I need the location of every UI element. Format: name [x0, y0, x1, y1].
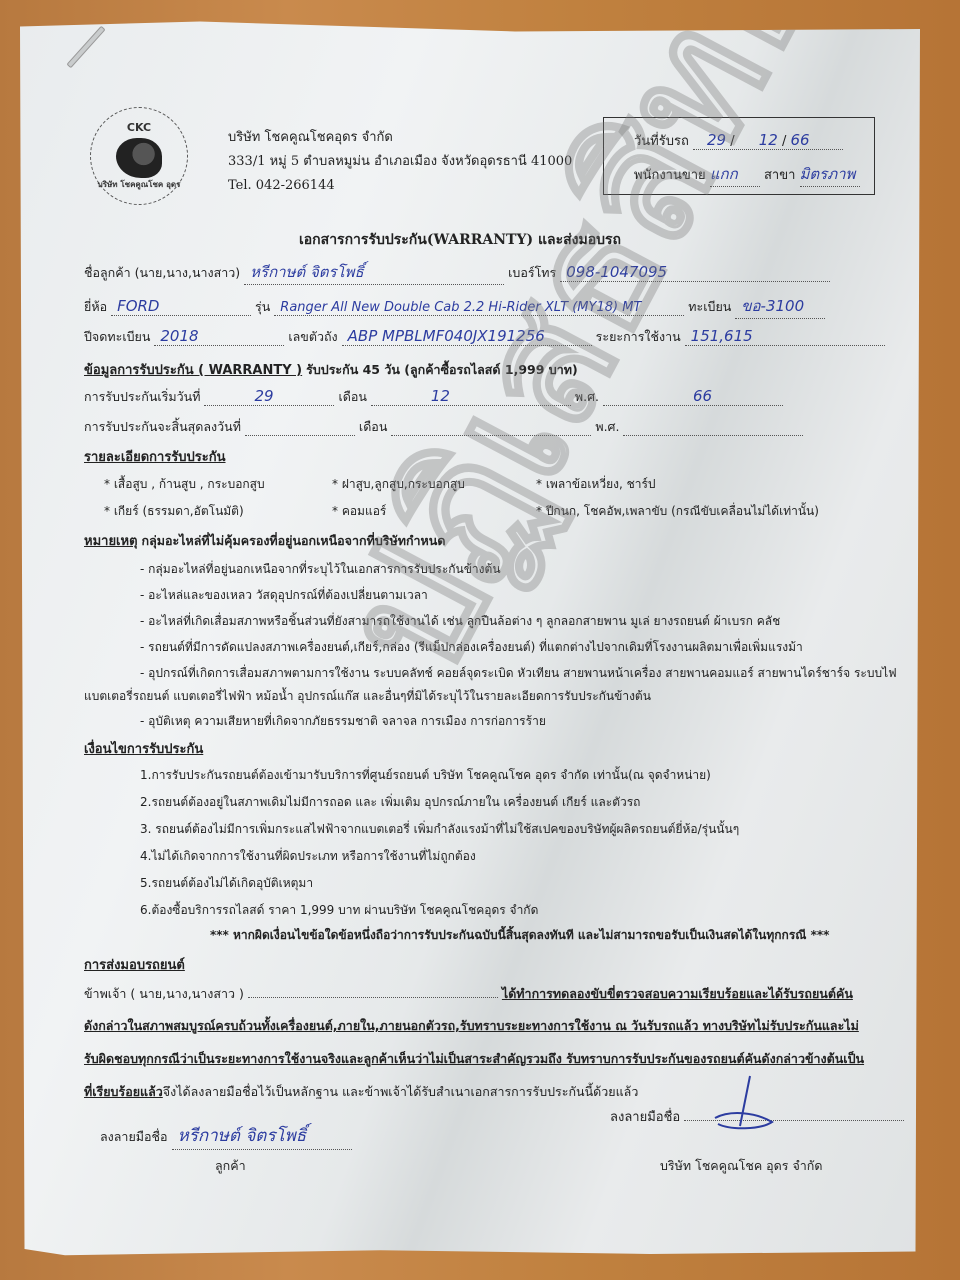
exclusion-item: - กลุ่มอะไหล่ที่อยู่นอกเหนือจากที่ระบุไว…: [140, 560, 501, 579]
company-address: 333/1 หมู่ 5 ตำบลหมูม่น อำเภอเมือง จังหว…: [228, 150, 572, 174]
coverage-item: * ปีกนก, โชคอัพ,เพลาขับ (กรณีขับเคลื่อนไ…: [536, 502, 819, 521]
receipt-box: วันที่รับรถ 29 / 12 / 66 พนักงานขาย แกก …: [603, 117, 875, 195]
coverage-item: * เกียร์ (ธรรมดา,อัตโนมัติ): [104, 502, 244, 521]
customer-caption: ลูกค้า: [215, 1156, 246, 1176]
warranty-document: CKC บริษัท โชคคูณโชค อุดร บริษัท โชคคูณโ…: [20, 14, 920, 1264]
company-signature-scribble: [710, 1074, 780, 1134]
reg-year-value: 2018: [160, 327, 198, 345]
branch-value: มิตรภาพ: [800, 165, 856, 183]
receive-date-day: 29: [707, 131, 726, 149]
brand-label: ยี่ห้อ: [84, 299, 107, 314]
condition-item: 5.รถยนต์ต้องไม่ได้เกิดอุบัติเหตุมา: [140, 874, 313, 893]
coverage-item: * ฝาสูบ,ลูกสูบ,กระบอกสูบ: [332, 475, 465, 494]
exclusion-item: - อุปกรณ์ที่เกิดการเสื่อมสภาพตามการใช้งา…: [140, 664, 897, 683]
delivery-line-2: ดังกล่าวในสภาพสมบูรณ์ครบถ้วนทั้งเครื่องย…: [84, 1016, 859, 1036]
delivery-line1-text: ได้ทำการทดลองขับขี่ตรวจสอบความเรียบร้อยแ…: [502, 986, 853, 1001]
exclusion-item: - อะไหล่และของเหลว วัสดุอุปกรณ์ที่ต้องเป…: [140, 586, 428, 605]
customer-sign-label: ลงลายมือชื่อ: [100, 1129, 168, 1144]
warranty-end-month-label: เดือน: [359, 419, 387, 434]
chassis-label: เลขตัวถัง: [288, 329, 337, 344]
phone-value: 098-1047095: [566, 263, 667, 281]
plate-label: ทะเบียน: [688, 299, 731, 314]
coverage-heading: รายละเอียดการรับประกัน: [84, 446, 226, 467]
warranty-start-year: 66: [693, 387, 712, 405]
customer-signature: หรีกาษต์ จิตรโพธิ์: [178, 1126, 307, 1146]
delivery-line1-label: ข้าพเจ้า ( นาย,นาง,นางสาว ): [84, 986, 244, 1001]
logo-ring-text: บริษัท โชคคูณโชค อุดร: [98, 178, 181, 191]
warranty-start-year-label: พ.ศ.: [575, 389, 599, 404]
mileage-value: 151,615: [691, 327, 753, 345]
exclusion-item: แบตเตอรี่รถยนต์ แบตเตอรี่ไฟฟ้า หม้อน้ำ อ…: [84, 687, 651, 706]
condition-item: 3. รถยนต์ต้องไม่มีการเพิ่มกระแสไฟฟ้าจากแ…: [140, 820, 739, 839]
logo-text: CKC: [127, 121, 151, 134]
bird-logo-icon: [116, 138, 162, 178]
warranty-start-row: การรับประกันเริ่มวันที่ 29 เดือน 12 พ.ศ.…: [84, 387, 783, 407]
company-caption: บริษัท โชคคูณโชค อุดร จำกัด: [660, 1156, 823, 1176]
condition-item: 4.ไม่ได้เกิดจากการใช้งานที่ผิดประเภท หรื…: [140, 847, 476, 866]
exclusions-heading-text: กลุ่มอะไหล่ที่ไม่คุ้มครองที่อยู่นอกเหนือ…: [142, 533, 446, 548]
document-title: เอกสารการรับประกัน(WARRANTY) และส่งมอบรถ: [20, 229, 900, 251]
branch-label: สาขา: [764, 168, 795, 183]
warranty-end-label: การรับประกันจะสิ้นสุดลงวันที่: [84, 419, 241, 434]
condition-item: 1.การรับประกันรถยนต์ต้องเข้ามารับบริการท…: [140, 766, 711, 785]
vehicle-row: ยี่ห้อ FORD รุ่น Ranger All New Double C…: [84, 294, 825, 319]
phone-label: เบอร์โทร: [508, 265, 556, 280]
exclusions-heading-row: หมายเหตุ กลุ่มอะไหล่ที่ไม่คุ้มครองที่อยู…: [84, 530, 445, 551]
warranty-start-month-label: เดือน: [338, 389, 366, 404]
reg-year-label: ปีจดทะเบียน: [84, 329, 150, 344]
customer-name-row: ชื่อลูกค้า (นาย,นาง,นางสาว) หรีกาษต์ จิต…: [84, 260, 830, 285]
customer-signature-row: ลงลายมือชื่อ หรีกาษต์ จิตรโพธิ์: [100, 1122, 352, 1150]
coverage-item: * เสื้อสูบ , ก้านสูบ , กระบอกสูบ: [104, 475, 265, 494]
warranty-start-day: 29: [254, 387, 273, 405]
model-value: Ranger All New Double Cab 2.2 Hi-Rider X…: [280, 300, 641, 315]
conditions-footnote: *** หากผิดเงื่อนไขข้อใดข้อหนึ่งถือว่าการ…: [210, 926, 829, 945]
warranty-note: รับประกัน 45 วัน (ลูกค้าซื้อรถไลสด์ 1,99…: [306, 362, 578, 377]
coverage-item: * เพลาข้อเหวี่ยง, ชาร์ป: [536, 475, 656, 494]
company-sign-label: ลงลายมือชื่อ: [610, 1110, 680, 1125]
sales-label: พนักงานขาย: [634, 168, 706, 183]
exclusion-item: - อุบัติเหตุ ความเสียหายที่เกิดจากภัยธรร…: [140, 712, 546, 731]
delivery-line-1: ข้าพเจ้า ( นาย,นาง,นางสาว ) ได้ทำการทดลอ…: [84, 984, 853, 1004]
chassis-value: ABP MPBLMF040JX191256: [348, 327, 545, 345]
model-label: รุ่น: [255, 299, 270, 314]
warranty-start-label: การรับประกันเริ่มวันที่: [84, 389, 200, 404]
company-info: บริษัท โชคคูณโชคอุดร จำกัด 333/1 หมู่ 5 …: [228, 126, 572, 198]
warranty-info-row: ข้อมูลการรับประกัน ( WARRANTY ) รับประกั…: [84, 359, 578, 380]
mileage-label: ระยะการใช้งาน: [596, 329, 681, 344]
condition-item: 6.ต้องซื้อบริการรถไลสด์ ราคา 1,999 บาท ผ…: [140, 901, 538, 920]
delivery-line-3: รับผิดชอบทุกกรณีว่าเป็นระยะทางการใช้งานจ…: [84, 1049, 864, 1069]
registration-row: ปีจดทะเบียน 2018 เลขตัวถัง ABP MPBLMF040…: [84, 327, 885, 347]
customer-name-label: ชื่อลูกค้า (นาย,นาง,นางสาว): [84, 265, 240, 280]
receive-date-month: 12: [759, 131, 778, 149]
plate-value: ขอ-3100: [741, 297, 804, 315]
company-phone: Tel. 042-266144: [228, 174, 572, 198]
delivery-line-4: ที่เรียบร้อยแล้วจึงได้ลงลายมือชื่อไว้เป็…: [84, 1082, 638, 1102]
condition-item: 2.รถยนต์ต้องอยู่ในสภาพเดิมไม่มีการถอด แล…: [140, 793, 640, 812]
sales-value: แกก: [710, 165, 738, 183]
customer-name-value: หรีกาษต์ จิตรโพธิ์: [250, 263, 364, 281]
exclusion-item: - รถยนต์ที่มีการดัดแปลงสภาพเครื่องยนต์,เ…: [140, 638, 803, 657]
warranty-heading: ข้อมูลการรับประกัน ( WARRANTY ): [84, 363, 302, 378]
warranty-start-month: 12: [431, 387, 450, 405]
exclusions-heading: หมายเหตุ: [84, 534, 138, 549]
delivery-line4-underlined: ที่เรียบร้อยแล้ว: [84, 1084, 163, 1099]
conditions-heading: เงื่อนไขการรับประกัน: [84, 738, 203, 759]
warranty-end-year-label: พ.ศ.: [595, 419, 619, 434]
coverage-item: * คอมแอร์: [332, 502, 386, 521]
delivery-line4-rest: จึงได้ลงลายมือชื่อไว้เป็นหลักฐาน และข้าพ…: [163, 1084, 639, 1099]
receive-date-year: 66: [790, 131, 809, 149]
staple: [66, 26, 105, 69]
company-name: บริษัท โชคคูณโชคอุดร จำกัด: [228, 126, 572, 150]
receive-date-label: วันที่รับรถ: [634, 134, 689, 149]
brand-value: FORD: [117, 297, 159, 315]
warranty-end-row: การรับประกันจะสิ้นสุดลงวันที่ เดือน พ.ศ.: [84, 417, 803, 437]
company-logo: CKC บริษัท โชคคูณโชค อุดร: [90, 107, 188, 205]
exclusion-item: - อะไหล่ที่เกิดเสื่อมสภาพหรือชิ้นส่วนที่…: [140, 612, 780, 631]
delivery-heading: การส่งมอบรถยนต์: [84, 954, 185, 975]
